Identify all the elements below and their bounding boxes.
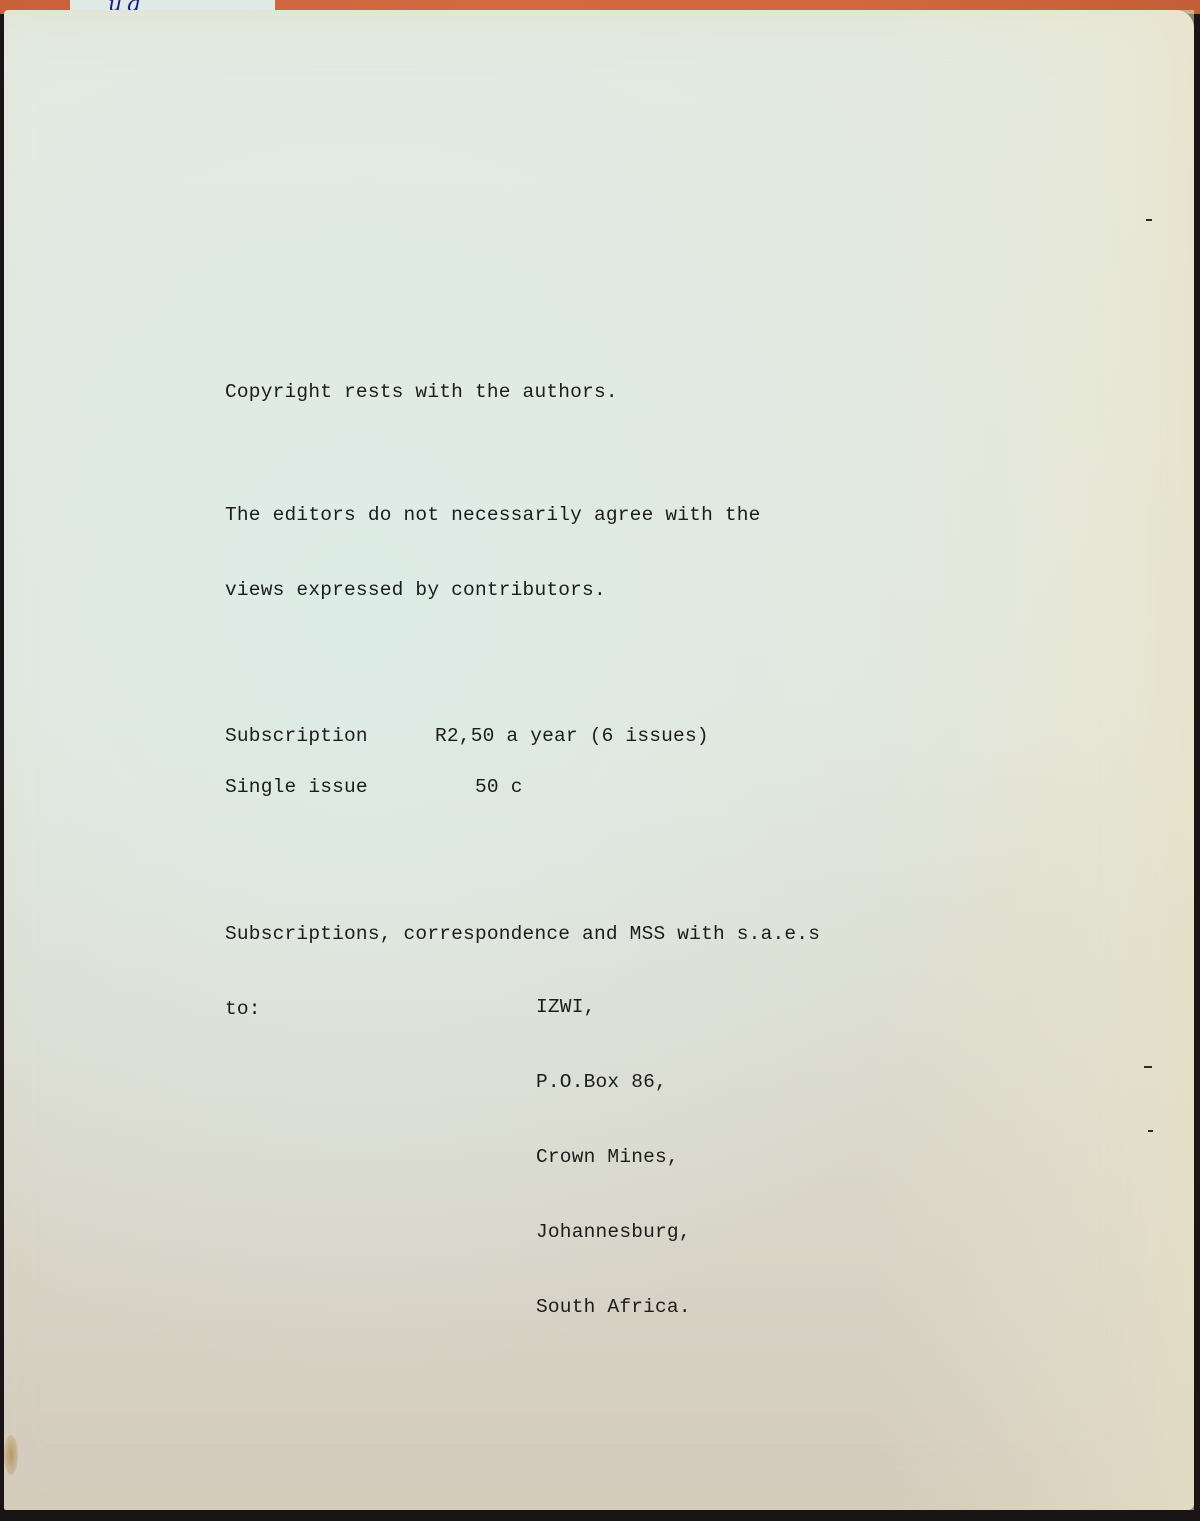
disclaimer-line: views expressed by contributors. — [225, 578, 761, 603]
correspondence-note: Subscriptions, correspondence and MSS wi… — [225, 872, 820, 1047]
single-issue-price: 50 c — [475, 775, 523, 800]
subscription-label: Subscription — [225, 724, 368, 749]
address-line-city: Johannesburg, — [536, 1220, 691, 1245]
mailing-address: IZWI, P.O.Box 86, Crown Mines, Johannesb… — [536, 945, 691, 1345]
margin-mark — [1148, 1130, 1153, 1132]
paper-stain — [4, 1435, 18, 1475]
copyright-notice: Copyright rests with the authors. — [225, 380, 618, 405]
address-line-pobox: P.O.Box 86, — [536, 1070, 691, 1095]
correspondence-line: to: — [225, 997, 820, 1022]
margin-mark — [1146, 219, 1152, 221]
single-issue-label: Single issue — [225, 775, 368, 800]
correspondence-line: Subscriptions, correspondence and MSS wi… — [225, 922, 820, 947]
margin-mark — [1144, 1066, 1152, 1068]
subscription-price: R2,50 a year (6 issues) — [435, 724, 709, 749]
address-line-name: IZWI, — [536, 995, 691, 1020]
address-line-suburb: Crown Mines, — [536, 1145, 691, 1170]
disclaimer-line: The editors do not necessarily agree wit… — [225, 503, 761, 528]
editorial-disclaimer: The editors do not necessarily agree wit… — [225, 453, 761, 628]
address-line-country: South Africa. — [536, 1295, 691, 1320]
